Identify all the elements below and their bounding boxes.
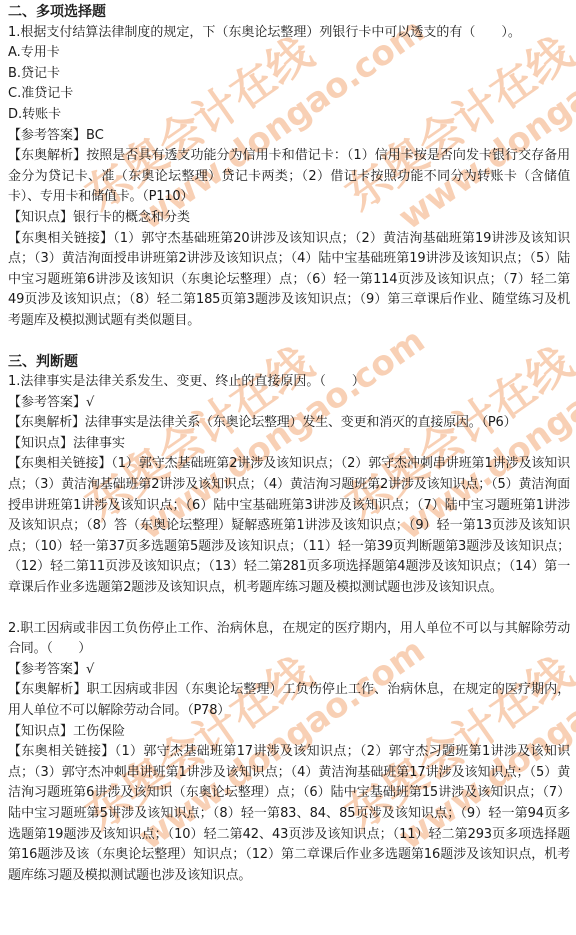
- document: 二、多项选择题 1.根据支付结算法律制度的规定，下（东奥论坛整理）列银行卡中可以…: [8, 2, 570, 886]
- section-title-true-false: 三、判断题: [8, 352, 570, 373]
- option-a: A.专用卡: [8, 43, 570, 64]
- analysis: 【东奥解析】职工因病或非因（东奥论坛整理）工负伤停止工作、治病休息，在规定的医疗…: [8, 680, 570, 721]
- related-links: 【东奥相关链接】（1）郭守杰基础班第2讲涉及该知识点；（2）郭守杰冲刺串讲班第1…: [8, 454, 570, 598]
- question-stem: 2.职工因病或非因工负伤停止工作、治病休息，在规定的医疗期内，用人单位不可以与其…: [8, 619, 570, 660]
- option-b: B.贷记卡: [8, 64, 570, 85]
- option-d: D.转账卡: [8, 105, 570, 126]
- reference-answer: 【参考答案】√: [8, 660, 570, 681]
- section-title-multiple-choice: 二、多项选择题: [8, 2, 570, 23]
- knowledge-point: 【知识点】法律事实: [8, 434, 570, 455]
- option-c: C.准贷记卡: [8, 84, 570, 105]
- question-stem: 1.根据支付结算法律制度的规定，下（东奥论坛整理）列银行卡中可以透支的有（ ）。: [8, 23, 570, 44]
- knowledge-point: 【知识点】银行卡的概念和分类: [8, 208, 570, 229]
- related-links: 【东奥相关链接】（1）郭守杰基础班第17讲涉及该知识点；（2）郭守杰习题班第1讲…: [8, 742, 570, 886]
- knowledge-point: 【知识点】工伤保险: [8, 722, 570, 743]
- analysis: 【东奥解析】按照是否具有透支功能分为信用卡和借记卡：（1）信用卡按是否向发卡银行…: [8, 146, 570, 208]
- analysis: 【东奥解析】法律事实是法律关系（东奥论坛整理）发生、变更和消灭的直接原因。（P6…: [8, 413, 570, 434]
- reference-answer: 【参考答案】√: [8, 393, 570, 414]
- reference-answer: 【参考答案】BC: [8, 126, 570, 147]
- related-links: 【东奥相关链接】（1）郭守杰基础班第20讲涉及该知识点；（2）黄洁洵基础班第19…: [8, 229, 570, 332]
- question-stem: 1.法律事实是法律关系发生、变更、终止的直接原因。（ ）: [8, 372, 570, 393]
